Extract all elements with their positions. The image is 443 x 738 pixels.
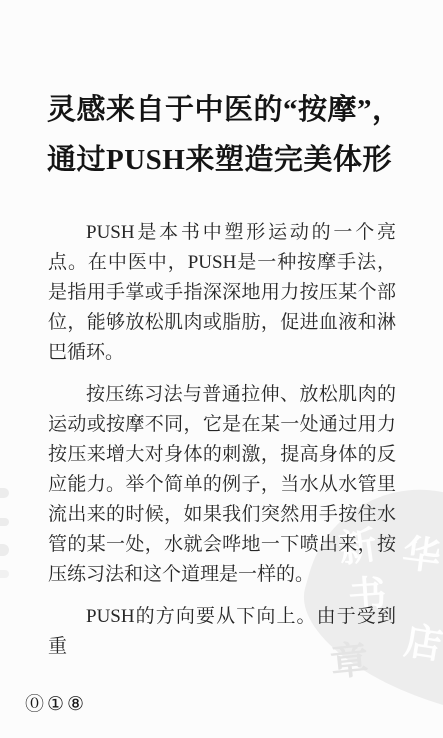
chapter-title: 灵感来自于中医的“按摩”， 通过PUSH来塑造完美体形 [47, 85, 402, 185]
page-number: ⓪①⑧ [25, 689, 87, 716]
scan-smudge [0, 488, 9, 498]
stamp-character: 华 [400, 522, 443, 581]
chapter-title-line-1: 灵感来自于中医的“按摩”， [47, 85, 402, 135]
scan-smudge [0, 544, 9, 556]
chapter-title-line-2: 通过PUSH来塑造完美体形 [47, 135, 402, 185]
book-page: 新 华 书 店 章 灵感来自于中医的“按摩”， 通过PUSH来塑造完美体形 PU… [0, 0, 443, 738]
scan-smudge [0, 518, 9, 526]
body-text: PUSH是本书中塑形运动的一个亮点。在中医中，PUSH是一种按摩手法，是指用手掌… [48, 218, 396, 674]
stamp-character: 店 [401, 609, 443, 669]
paragraph-3: PUSH的方向要从下向上。由于受到重 [48, 602, 396, 662]
paragraph-1: PUSH是本书中塑形运动的一个亮点。在中医中，PUSH是一种按摩手法，是指用手掌… [48, 218, 396, 368]
paragraph-2: 按压练习法与普通拉伸、放松肌肉的运动或按摩不同，它是在某一处通过用力按压来增大对… [48, 380, 396, 590]
scan-smudge [0, 570, 9, 578]
